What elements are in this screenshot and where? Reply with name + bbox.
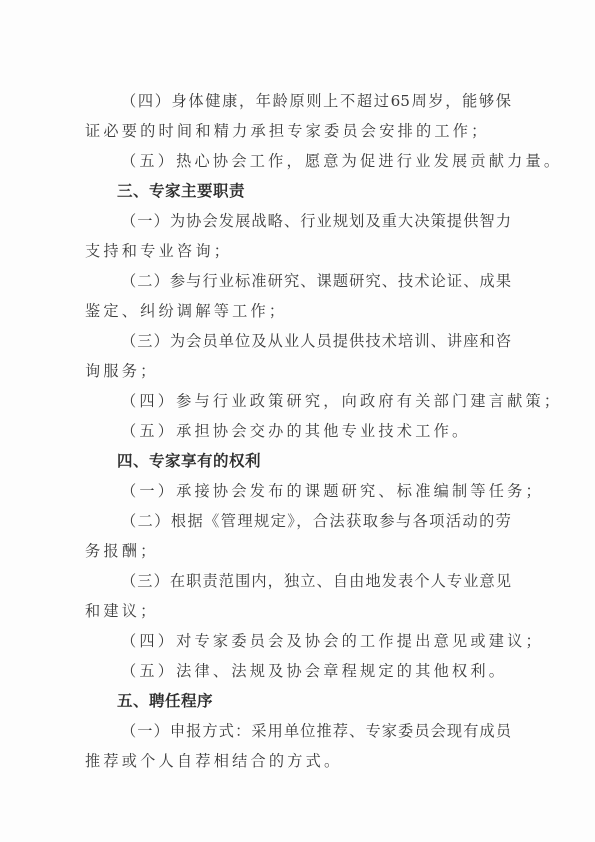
right-item-3-line-2: 和建议； <box>85 596 510 626</box>
duty-item-4: （四）参与行业政策研究，向政府有关部门建言献策； <box>121 386 511 416</box>
document-page: （四）身体健康，年龄原则上不超过65周岁，能够保 证必要的时间和精力承担专家委员… <box>0 0 595 842</box>
duty-item-3-line-2: 询服务； <box>85 356 510 386</box>
duty-item-1-line-1: （一）为协会发展战略、行业规划及重大决策提供智力 <box>121 206 511 236</box>
section-heading-4: 四、专家享有的权利 <box>117 446 542 476</box>
right-item-3-line-1: （三）在职责范围内，独立、自由地发表个人专业意见 <box>121 566 511 596</box>
criteria-item-4-line-2: 证必要的时间和精力承担专家委员会安排的工作； <box>85 116 510 146</box>
right-item-2-line-1: （二）根据《管理规定》，合法获取参与各项活动的劳 <box>121 506 511 536</box>
duty-item-3-line-1: （三）为会员单位及从业人员提供技术培训、讲座和咨 <box>121 326 511 356</box>
right-item-1: （一）承接协会发布的课题研究、标准编制等任务； <box>121 476 511 506</box>
right-item-5: （五）法律、法规及协会章程规定的其他权利。 <box>121 656 511 686</box>
duty-item-2-line-2: 鉴定、纠纷调解等工作； <box>85 296 510 326</box>
section-heading-5: 五、聘任程序 <box>117 686 542 716</box>
right-item-2-line-2: 务报酬； <box>85 536 510 566</box>
criteria-item-4-line-1: （四）身体健康，年龄原则上不超过65周岁，能够保 <box>121 86 511 116</box>
duty-item-1-line-2: 支持和专业咨询； <box>85 236 510 266</box>
duty-item-5: （五）承担协会交办的其他专业技术工作。 <box>121 416 511 446</box>
procedure-item-1-line-1: （一）申报方式：采用单位推荐、专家委员会现有成员 <box>121 716 511 746</box>
procedure-item-1-line-2: 推荐或个人自荐相结合的方式。 <box>85 746 510 776</box>
right-item-4: （四）对专家委员会及协会的工作提出意见或建议； <box>121 626 511 656</box>
duty-item-2-line-1: （二）参与行业标准研究、课题研究、技术论证、成果 <box>121 266 511 296</box>
criteria-item-5: （五）热心协会工作，愿意为促进行业发展贡献力量。 <box>121 146 511 176</box>
section-heading-3: 三、专家主要职责 <box>117 176 542 206</box>
